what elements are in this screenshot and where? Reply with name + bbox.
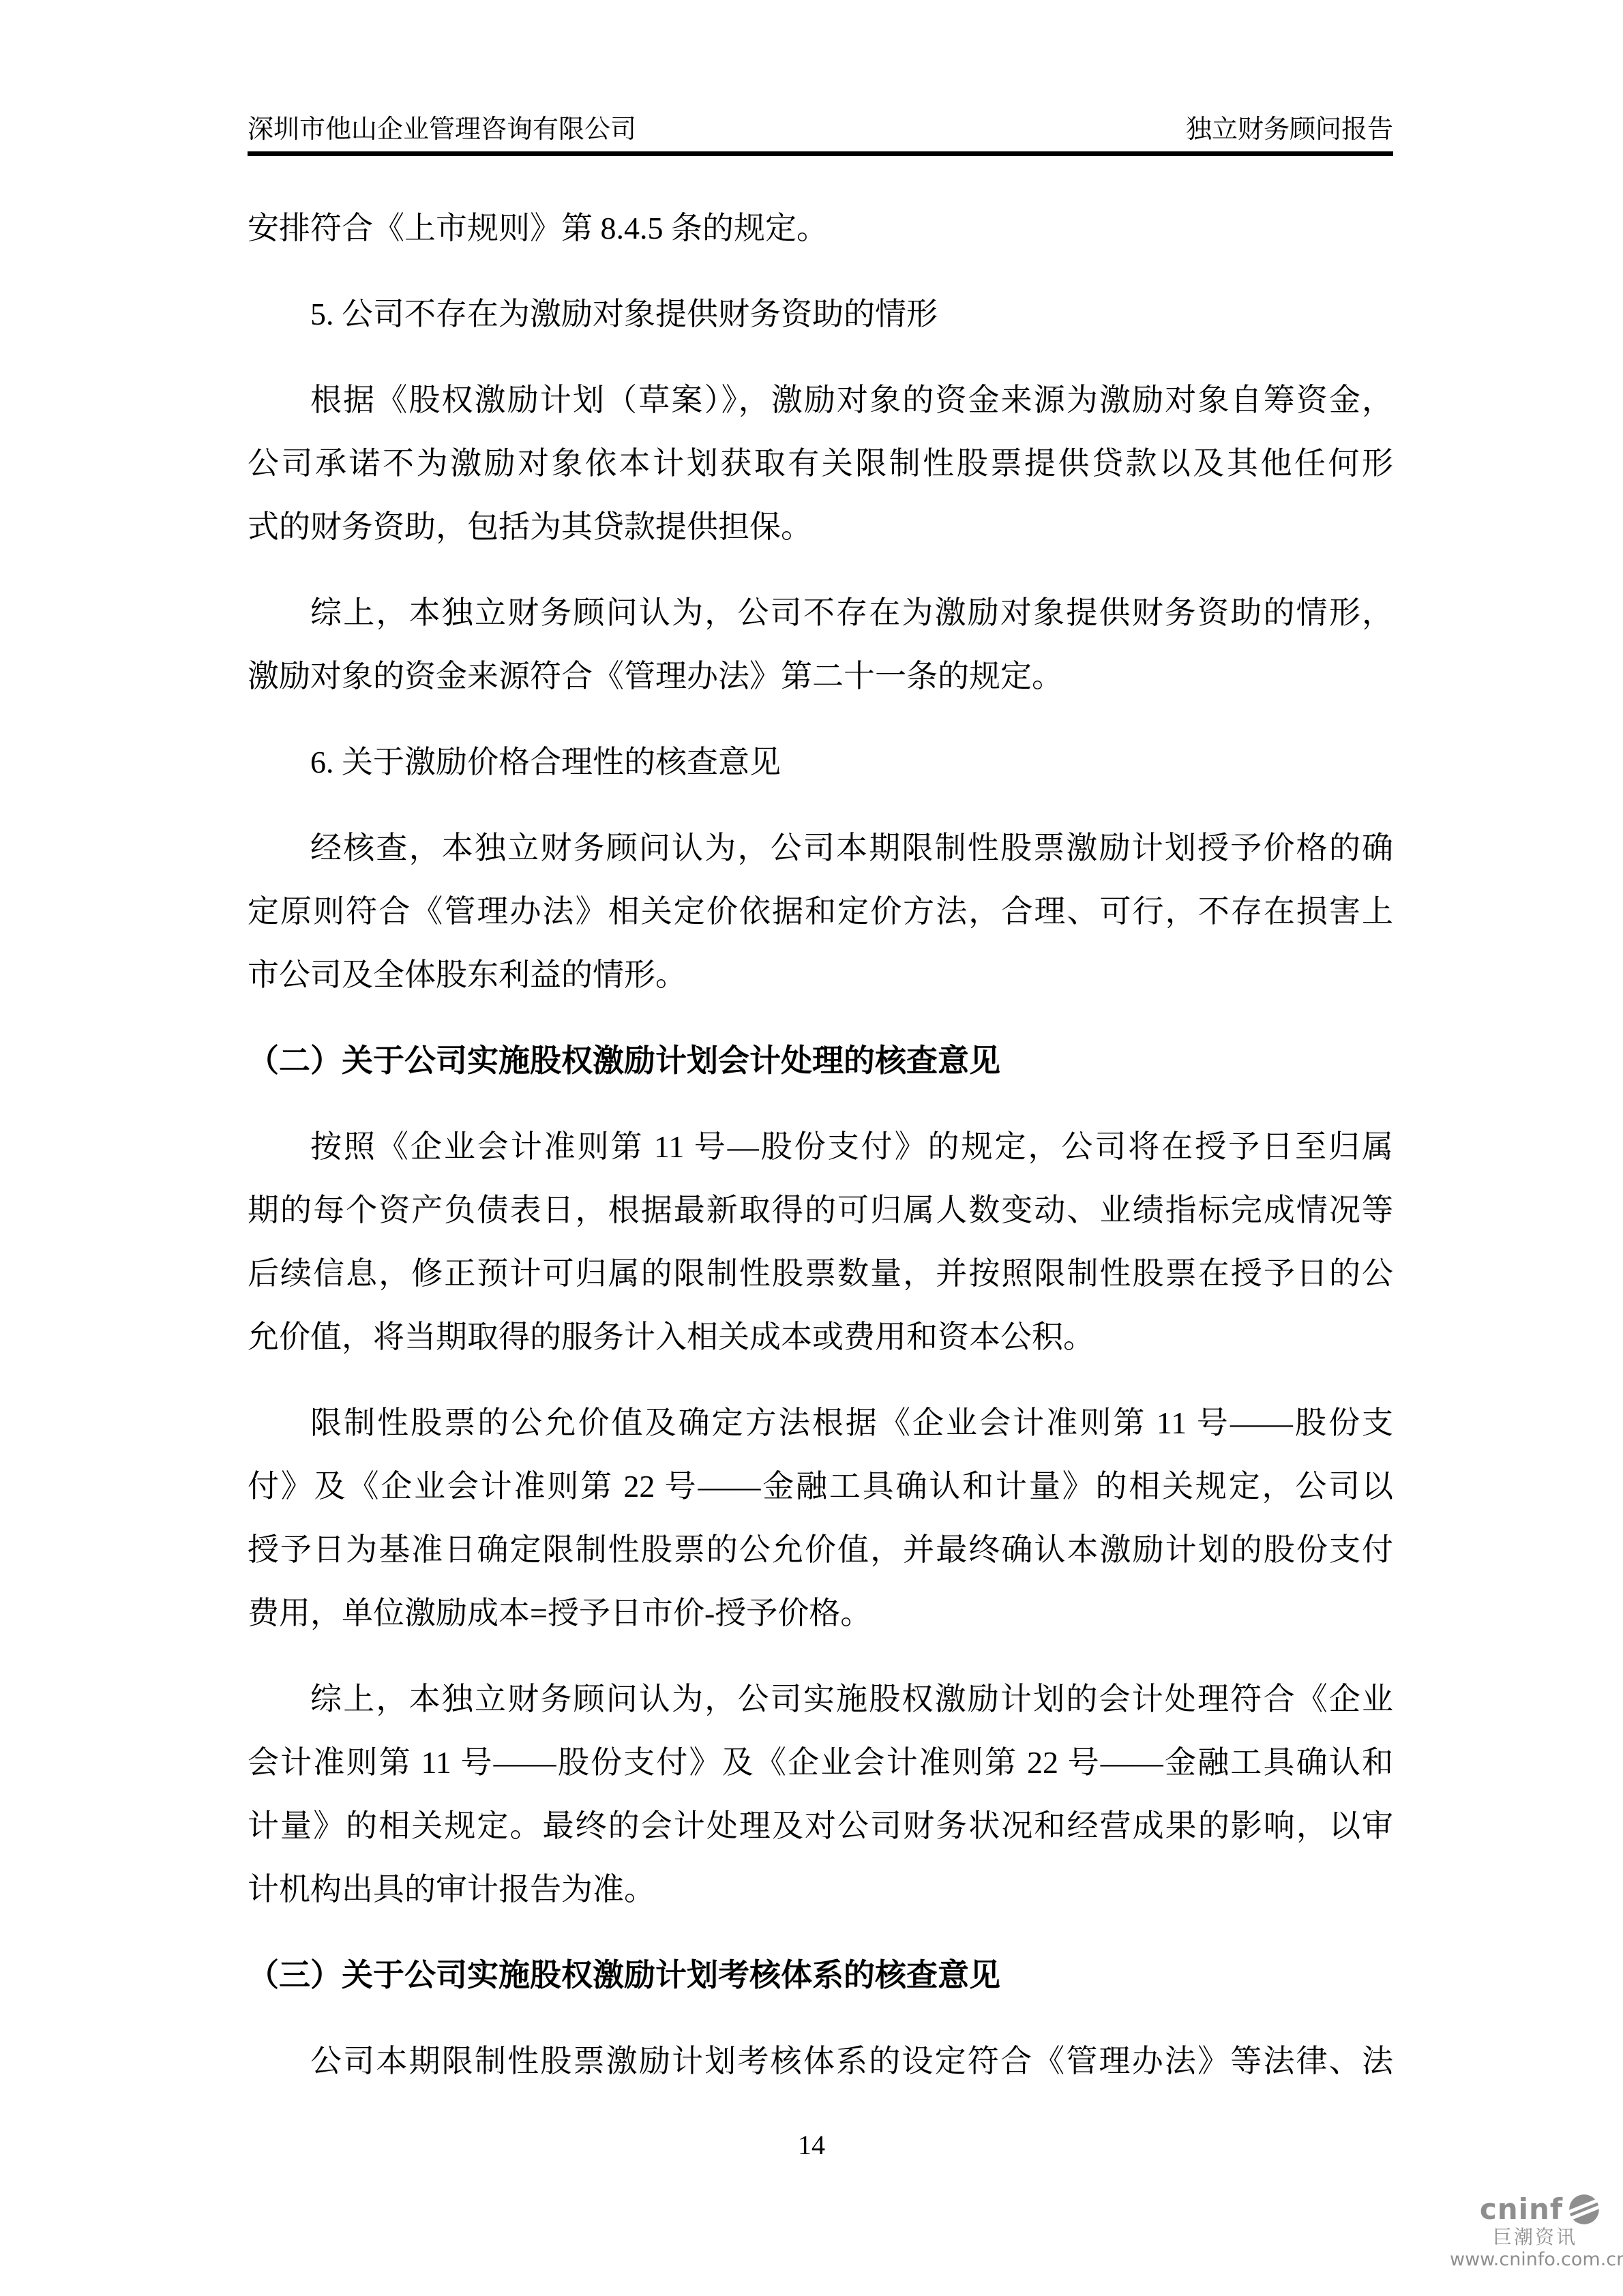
body-line: 计机构出具的审计报告为准。	[248, 1858, 1393, 1921]
numbered-heading: 5. 公司不存在为激励对象提供财务资助的情形	[248, 282, 1393, 346]
body-line: 根据《股权激励计划（草案）》，激励对象的资金来源为激励对象自筹资金，	[248, 368, 1393, 432]
body-line: 会计准则第 11 号——股份支付》及《企业会计准则第 22 号——金融工具确认和	[248, 1731, 1393, 1794]
body-line: 综上，本独立财务顾问认为，公司不存在为激励对象提供财务资助的情形，	[248, 581, 1393, 644]
body-line: 限制性股票的公允价值及确定方法根据《企业会计准则第 11 号——股份支	[248, 1391, 1393, 1455]
body-line: 定原则符合《管理办法》相关定价依据和定价方法，合理、可行，不存在损害上	[248, 880, 1393, 943]
body-line: 公司本期限制性股票激励计划考核体系的设定符合《管理办法》等法律、法	[248, 2029, 1393, 2093]
cninfo-logo-text: cninf	[1480, 2194, 1563, 2225]
page-number: 14	[0, 2129, 1623, 2162]
body-line: 安排符合《上市规则》第 8.4.5 条的规定。	[248, 196, 1393, 260]
body-line: 式的财务资助，包括为其贷款提供担保。	[248, 495, 1393, 558]
body-line: 费用，单位激励成本=授予日市价-授予价格。	[248, 1581, 1393, 1645]
header-report-title: 独立财务顾问报告	[1186, 115, 1393, 145]
cninfo-url: www.cninfo.com.cn	[1450, 2250, 1613, 2270]
cninfo-brand-name: 巨潮资讯	[1457, 2226, 1613, 2248]
section-heading: （三）关于公司实施股权激励计划考核体系的核查意见	[248, 1943, 1393, 2007]
body-line: 经核查，本独立财务顾问认为，公司本期限制性股票激励计划授予价格的确	[248, 816, 1393, 880]
body-line: 后续信息，修正预计可归属的限制性股票数量，并按照限制性股票在授予日的公	[248, 1242, 1393, 1305]
body-line: 授予日为基准日确定限制性股票的公允价值，并最终确认本激励计划的股份支付	[248, 1518, 1393, 1581]
cninfo-globe-icon	[1568, 2194, 1600, 2225]
page-header: 深圳市他山企业管理咨询有限公司 独立财务顾问报告	[248, 115, 1393, 156]
document-page: 深圳市他山企业管理咨询有限公司 独立财务顾问报告 安排符合《上市规则》第 8.4…	[0, 0, 1623, 2296]
cninfo-watermark: cninf 巨潮资讯 www.cninfo.com.cn	[1450, 2194, 1613, 2270]
body-line: 综上，本独立财务顾问认为，公司实施股权激励计划的会计处理符合《企业	[248, 1667, 1393, 1731]
body-line: 计量》的相关规定。最终的会计处理及对公司财务状况和经营成果的影响，以审	[248, 1794, 1393, 1858]
body-line: 激励对象的资金来源符合《管理办法》第二十一条的规定。	[248, 644, 1393, 708]
body-line: 允价值，将当期取得的服务计入相关成本或费用和资本公积。	[248, 1305, 1393, 1369]
document-body: 安排符合《上市规则》第 8.4.5 条的规定。 5. 公司不存在为激励对象提供财…	[248, 196, 1393, 2093]
body-line: 市公司及全体股东利益的情形。	[248, 943, 1393, 1007]
header-company-name: 深圳市他山企业管理咨询有限公司	[248, 115, 636, 145]
cninfo-logo-row: cninf	[1466, 2194, 1613, 2225]
body-line: 公司承诺不为激励对象依本计划获取有关限制性股票提供贷款以及其他任何形	[248, 432, 1393, 495]
numbered-heading: 6. 关于激励价格合理性的核查意见	[248, 730, 1393, 794]
body-line: 付》及《企业会计准则第 22 号——金融工具确认和计量》的相关规定，公司以	[248, 1455, 1393, 1518]
section-heading: （二）关于公司实施股权激励计划会计处理的核查意见	[248, 1029, 1393, 1092]
body-line: 按照《企业会计准则第 11 号—股份支付》的规定，公司将在授予日至归属	[248, 1115, 1393, 1178]
body-line: 期的每个资产负债表日，根据最新取得的可归属人数变动、业绩指标完成情况等	[248, 1178, 1393, 1242]
